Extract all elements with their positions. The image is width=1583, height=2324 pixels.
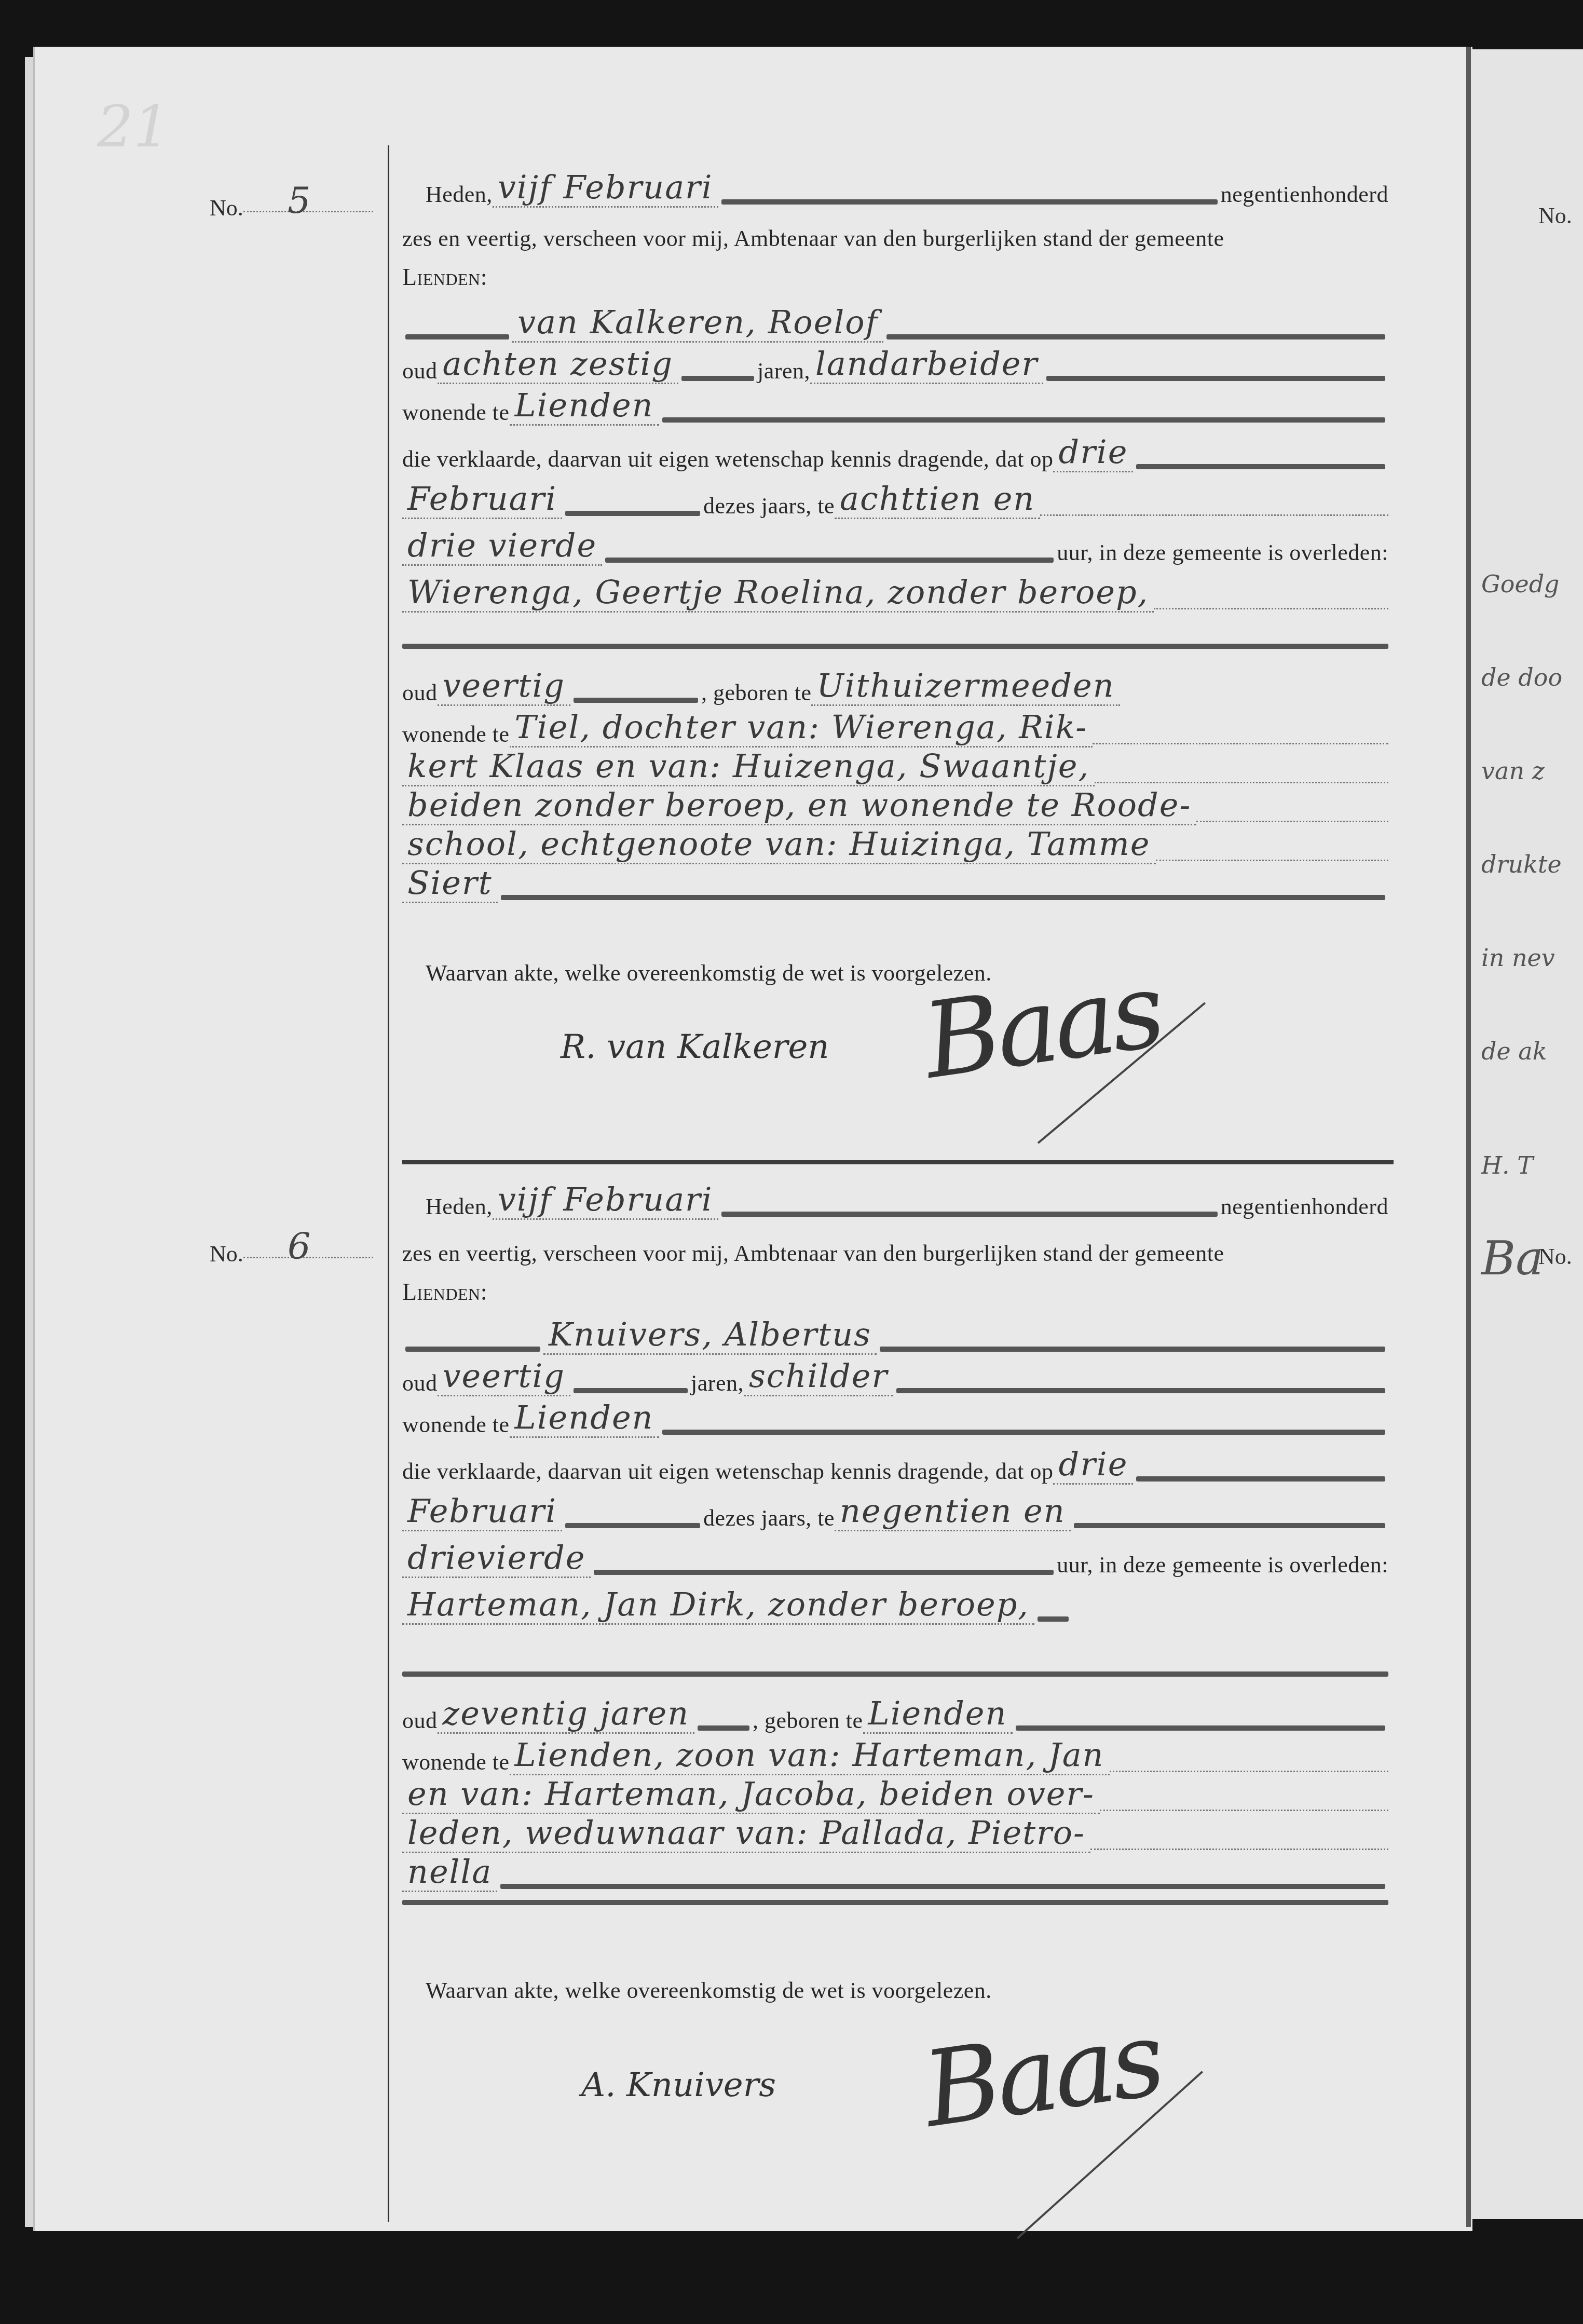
r6-time-line: drievierde uur, in deze gemeente is over… bbox=[402, 1526, 1388, 1578]
r6-death-month: Februari bbox=[402, 1492, 562, 1531]
r6-verklaarde-line: die verklaarde, daarvan uit eigen wetens… bbox=[402, 1433, 1388, 1485]
r5-gemeente-line: Lienden: bbox=[402, 239, 1388, 291]
r6-residence-text: nella bbox=[402, 1853, 497, 1892]
record-number-value: 6 bbox=[288, 1225, 311, 1268]
r6-death-time-1: negentien en bbox=[835, 1492, 1071, 1531]
record-number-5: No. 5 bbox=[210, 195, 373, 221]
r6-declarant-residence: Lienden bbox=[510, 1398, 659, 1438]
note-line: Goedg bbox=[1481, 568, 1562, 600]
r6-res-line-3: nella bbox=[402, 1840, 1388, 1892]
gemeente-label: Lienden: bbox=[402, 263, 487, 291]
waarvan-text: Waarvan akte, welke overeenkomstig de we… bbox=[426, 960, 992, 986]
r5-death-time-1: achttien en bbox=[835, 480, 1040, 519]
r5-month-line: Februari dezes jaars, te achttien en bbox=[402, 467, 1388, 519]
r5-death-day: drie bbox=[1053, 433, 1133, 472]
note-line: in nev bbox=[1481, 942, 1562, 973]
adjacent-margin-note: Goedg de doo van z drukte in nev de ak H… bbox=[1481, 506, 1562, 1337]
r5-time-line: drie vierde uur, in deze gemeente is ove… bbox=[402, 514, 1388, 566]
note-line: Ba bbox=[1481, 1243, 1562, 1274]
note-line: H. T bbox=[1481, 1150, 1562, 1181]
r6-waarvan-line: Waarvan akte, welke overeenkomstig de we… bbox=[426, 1952, 1412, 2004]
note-line: de doo bbox=[1481, 662, 1562, 693]
r6-blank-rule-2 bbox=[402, 1900, 1388, 1905]
r5-verklaarde-line: die verklaarde, daarvan uit eigen wetens… bbox=[402, 420, 1388, 472]
r5-waarvan-line: Waarvan akte, welke overeenkomstig de we… bbox=[426, 934, 1412, 986]
r6-residence-line: wonende te Lienden bbox=[402, 1386, 1388, 1438]
note-line: drukte bbox=[1481, 849, 1562, 880]
record-divider bbox=[402, 1160, 1394, 1164]
r5-deceased-line: Wierenga, Geertje Roelina, zonder beroep… bbox=[402, 561, 1388, 613]
no-label: No. bbox=[210, 195, 243, 221]
r6-heden-line: Heden, vijf Februari negentienhonderd bbox=[426, 1168, 1388, 1220]
r5-residence-text: Siert bbox=[402, 864, 498, 903]
gemeente-label: Lienden: bbox=[402, 1278, 487, 1306]
r6-deceased-name: Harteman, Jan Dirk, zonder beroep, bbox=[402, 1585, 1034, 1625]
r5-death-month: Februari bbox=[402, 480, 562, 519]
r5-declarant-signature: R. van Kalkeren bbox=[561, 1028, 829, 1066]
record-number-value: 5 bbox=[288, 179, 311, 222]
record-number-6: No. 6 bbox=[210, 1241, 373, 1267]
r6-death-time-2: drievierde bbox=[402, 1539, 591, 1578]
r6-gemeente-line: Lienden: bbox=[402, 1254, 1388, 1306]
margin-rule-lower bbox=[388, 2024, 389, 2222]
r6-death-day: drie bbox=[1053, 1445, 1133, 1485]
page-number-mark: 21 bbox=[97, 93, 170, 160]
note-line: de ak bbox=[1481, 1036, 1562, 1067]
adjacent-no-label: No. bbox=[1538, 202, 1572, 229]
adjacent-page-fragment: No. No. Goedg de doo van z drukte in nev… bbox=[1471, 49, 1583, 2219]
r5-death-time-2: drie vierde bbox=[402, 526, 602, 566]
r5-blank-rule bbox=[402, 644, 1388, 649]
r6-deceased-line: Harteman, Jan Dirk, zonder beroep, bbox=[402, 1573, 1388, 1625]
margin-rule bbox=[388, 145, 389, 2170]
r6-month-line: Februari dezes jaars, te negentien en bbox=[402, 1479, 1388, 1531]
r5-deceased-name: Wierenga, Geertje Roelina, zonder beroep… bbox=[402, 573, 1154, 613]
r6-declarant-signature: A. Knuivers bbox=[581, 2066, 776, 2104]
r6-record-date: vijf Februari bbox=[493, 1180, 718, 1220]
r5-declarant-residence: Lienden bbox=[510, 386, 659, 426]
waarvan-text: Waarvan akte, welke overeenkomstig de we… bbox=[426, 1977, 992, 2004]
r5-res-line-4: Siert bbox=[402, 851, 1388, 903]
binding-gutter bbox=[1466, 47, 1471, 2227]
r6-blank-rule bbox=[402, 1671, 1388, 1677]
r5-residence-line: wonende te Lienden bbox=[402, 374, 1388, 426]
note-line: van z bbox=[1481, 755, 1562, 786]
no-label: No. bbox=[210, 1241, 243, 1267]
